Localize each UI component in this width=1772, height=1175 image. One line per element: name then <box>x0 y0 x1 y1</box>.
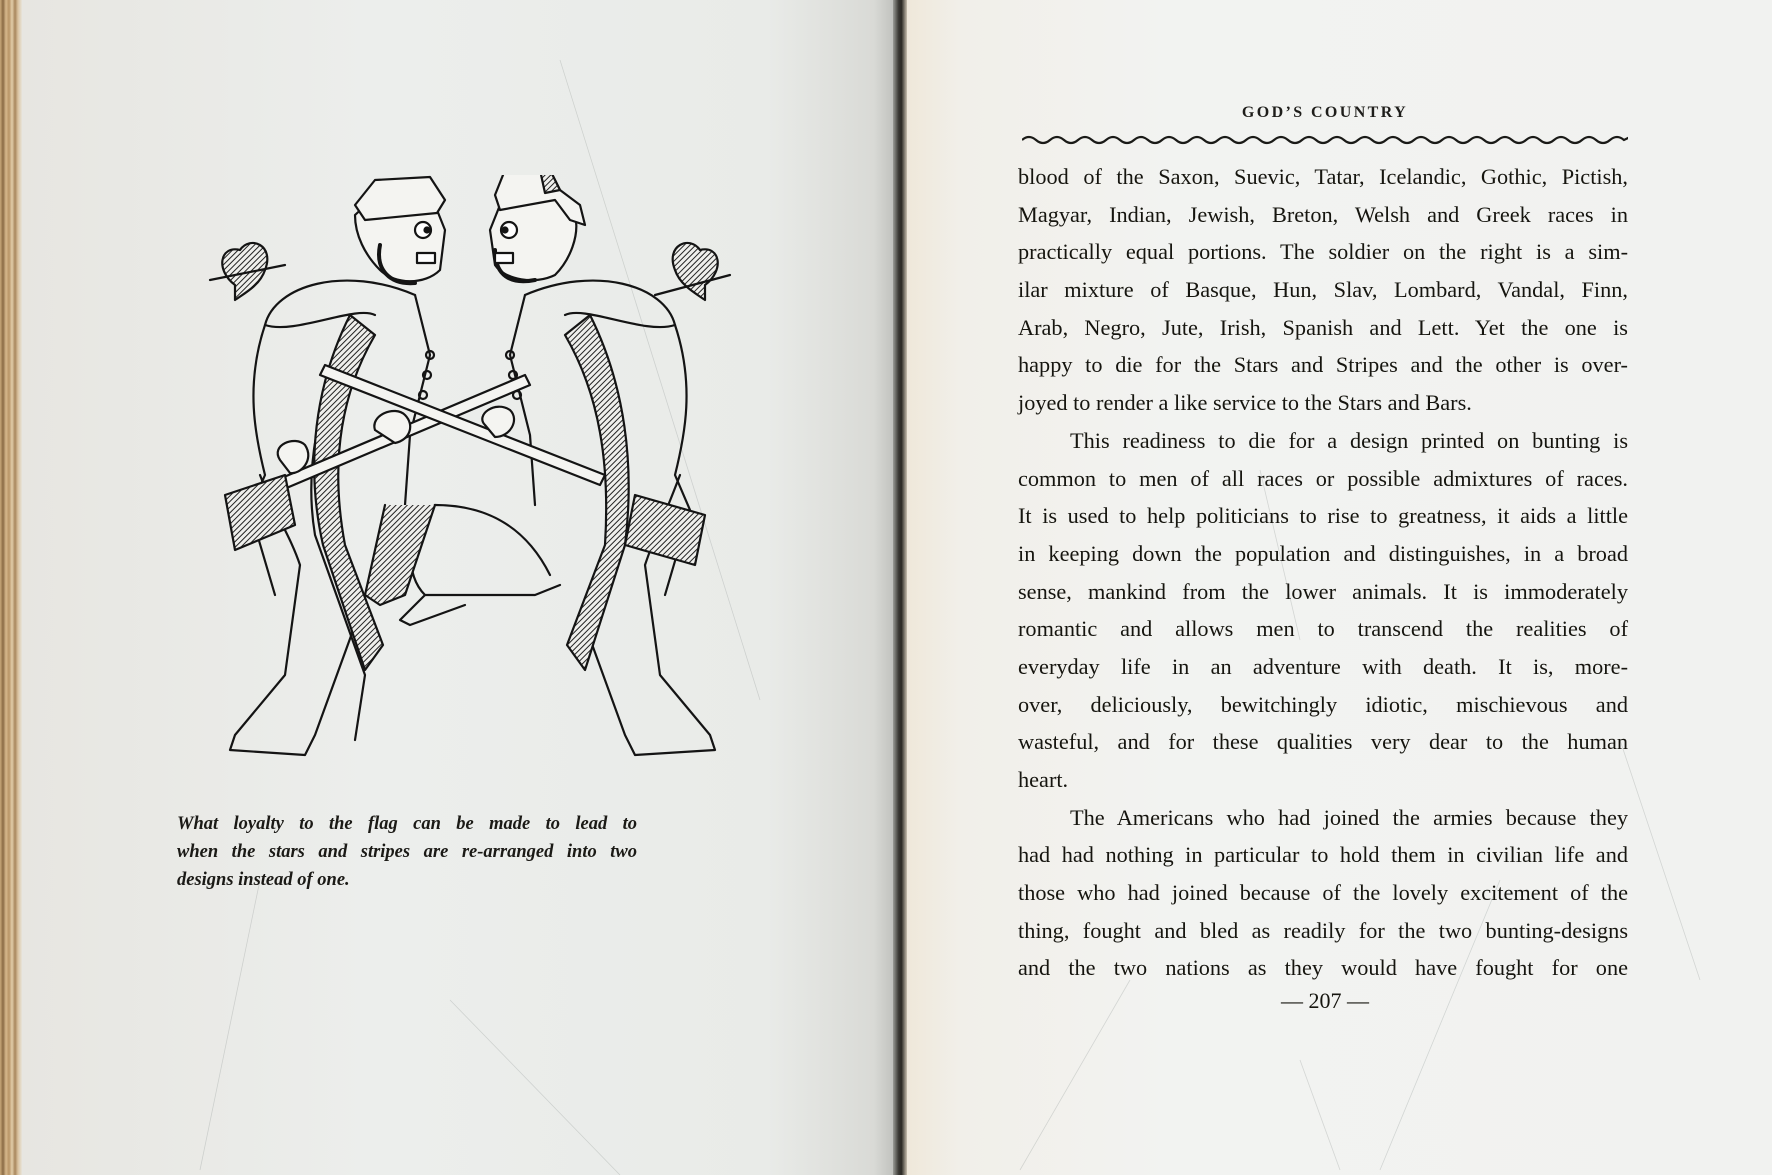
text-line: thing, fought and bled as readily for th… <box>1018 912 1628 950</box>
cartoon-illustration <box>205 175 745 775</box>
running-head: GOD’S COUNTRY <box>1025 104 1625 122</box>
text-line: practically equal portions. The soldier … <box>1018 233 1628 271</box>
caption-line: when the stars and stripes are re-arrang… <box>177 838 637 866</box>
text-line: It is used to help politicians to rise t… <box>1018 497 1628 535</box>
text-line: ilar mixture of Basque, Hun, Slav, Lomba… <box>1018 271 1628 309</box>
text-line: The Americans who had joined the armies … <box>1018 799 1628 837</box>
book-gutter <box>893 0 907 1175</box>
text-line: had had nothing in particular to hold th… <box>1018 836 1628 874</box>
text-line: and the two nations as they would have f… <box>1018 949 1628 987</box>
text-line: wasteful, and for these qualities very d… <box>1018 723 1628 761</box>
book-spread: What loyalty to the flag can be made to … <box>0 0 1772 1175</box>
paragraph-2: This readiness to die for a design print… <box>1018 422 1628 799</box>
text-line: heart. <box>1018 761 1628 799</box>
text-line: over, deliciously, bewitchingly idiotic,… <box>1018 686 1628 724</box>
text-line: in keeping down the population and disti… <box>1018 535 1628 573</box>
body-text: blood of the Saxon, Suevic, Tatar, Icela… <box>1018 158 1628 987</box>
paragraph-3: The Americans who had joined the armies … <box>1018 799 1628 987</box>
illustration-caption: What loyalty to the flag can be made to … <box>177 810 637 894</box>
text-line: those who had joined because of the love… <box>1018 874 1628 912</box>
text-line: blood of the Saxon, Suevic, Tatar, Icela… <box>1018 158 1628 196</box>
text-line: sense, mankind from the lower animals. I… <box>1018 573 1628 611</box>
wavy-rule-divider <box>1022 130 1628 150</box>
text-line: Arab, Negro, Jute, Irish, Spanish and Le… <box>1018 309 1628 347</box>
text-line: common to men of all races or possible a… <box>1018 460 1628 498</box>
caption-line: What loyalty to the flag can be made to … <box>177 810 637 838</box>
text-line: Magyar, Indian, Jewish, Breton, Welsh an… <box>1018 196 1628 234</box>
text-line: romantic and allows men to transcend the… <box>1018 610 1628 648</box>
text-line: everyday life in an adventure with death… <box>1018 648 1628 686</box>
text-line: joyed to render a like service to the St… <box>1018 384 1628 422</box>
page-edges <box>0 0 22 1175</box>
paragraph-1: blood of the Saxon, Suevic, Tatar, Icela… <box>1018 158 1628 422</box>
text-line: happy to die for the Stars and Stripes a… <box>1018 346 1628 384</box>
caption-line: designs instead of one. <box>177 866 637 894</box>
page-number: — 207 — <box>1225 988 1425 1014</box>
text-line: This readiness to die for a design print… <box>1018 422 1628 460</box>
